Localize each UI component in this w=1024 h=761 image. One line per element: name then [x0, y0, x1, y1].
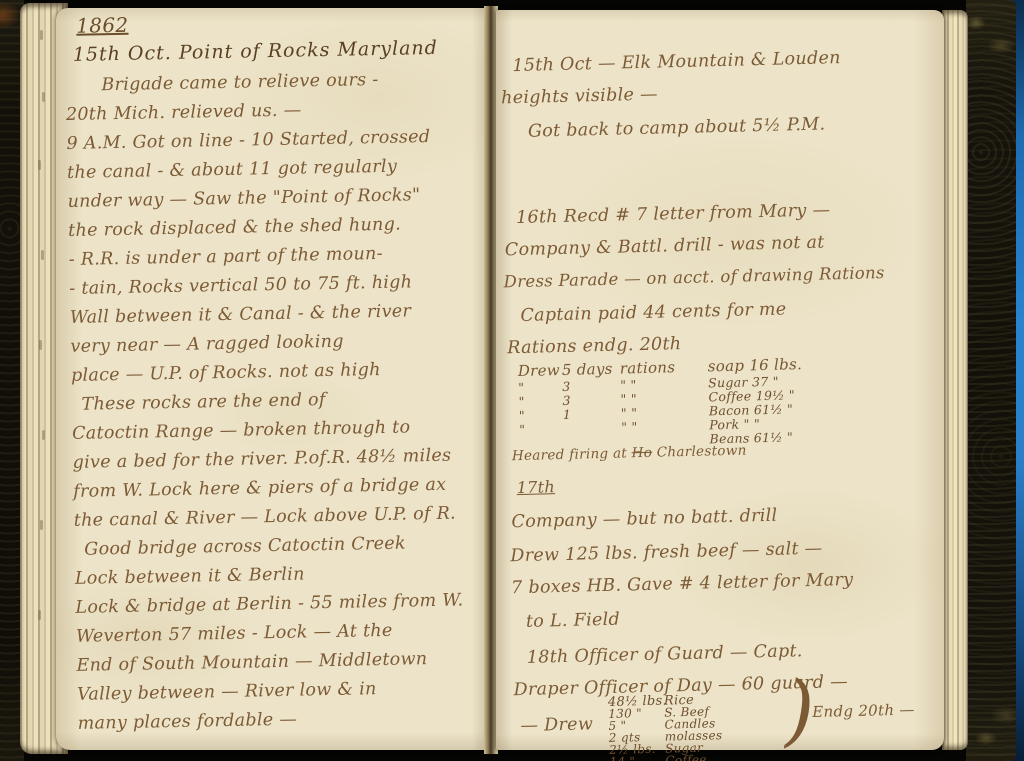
bleed-mark — [40, 30, 43, 40]
ration-cell: Drew — [518, 361, 562, 380]
diary-line: Captain paid 44 cents for me — [520, 299, 786, 325]
diary-line: to L. Field — [526, 610, 621, 632]
bleed-mark — [42, 430, 45, 440]
bleed-mark — [41, 250, 44, 260]
diary-line: 15th Oct — Elk Mountain & Louden — [512, 48, 841, 76]
ration-cell: 5 days — [562, 360, 620, 379]
bleed-mark — [38, 610, 41, 620]
ration-cell: 1 — [563, 406, 621, 421]
ration-cell: 14 " — [609, 754, 665, 761]
firing-text-struck: Ho — [631, 445, 652, 461]
rations-table-oct16: Drew 5 days rations soap 16 lbs. " 3 " "… — [518, 354, 850, 450]
diary-page-left: 1862 15th Oct. Point of Rocks Maryland B… — [56, 8, 486, 750]
diary-line: Dress Parade — on acct. of drawing Ratio… — [503, 263, 884, 291]
book-cover-right — [966, 0, 1016, 761]
ration-cell: " — [518, 393, 562, 408]
ration-cell: rations — [620, 357, 708, 377]
diary-line: Company — but no batt. drill — [511, 506, 777, 532]
left-page-content: 1862 15th Oct. Point of Rocks Maryland B… — [64, 4, 492, 739]
ration-cell: " — [519, 407, 563, 422]
diary-page-right: 15th Oct — Elk Mountain & Louden heights… — [496, 10, 944, 750]
bleed-mark — [39, 340, 42, 350]
diary-line: heights visible — — [501, 85, 658, 109]
right-page-content: 15th Oct — Elk Mountain & Louden heights… — [495, 0, 961, 750]
bleed-mark — [42, 92, 45, 102]
drew-label: — Drew — [520, 714, 593, 736]
ration-cell: " — [518, 379, 562, 394]
year-label: 1862 — [76, 6, 478, 38]
firing-text-pre: Heared firing at — [512, 445, 632, 464]
diary-line: Company & Battl. drill - was not at — [505, 233, 825, 261]
diary-scan: 1862 15th Oct. Point of Rocks Maryland B… — [0, 0, 1024, 761]
entry-heading-oct15: 15th Oct. Point of Rocks Maryland — [73, 36, 479, 66]
left-page-lines: Brigade came to relieve ours - 20th Mich… — [65, 64, 492, 739]
diary-line: Got back to camp about 5½ P.M. — [528, 114, 826, 141]
diary-line: 7 boxes HB. Gave # 4 letter for Mary — [511, 570, 854, 598]
ration-cell: 3 — [562, 392, 620, 407]
diary-line: 16th Recd # 7 letter from Mary — — [516, 200, 831, 228]
ration-cell: " — [519, 421, 563, 436]
firing-text-post: Charlestown — [652, 442, 747, 460]
bleed-mark — [38, 160, 41, 170]
entry-heading-oct18: 18th Officer of Guard — Capt. — [527, 641, 803, 668]
ration-cell — [563, 420, 621, 435]
entry-heading-oct17: 17th — [516, 477, 555, 497]
diary-line: Rations endg. 20th — [507, 334, 682, 358]
bleed-mark — [40, 520, 43, 530]
diary-line: Drew 125 lbs. fresh beef — salt — — [510, 539, 823, 567]
ration-cell: 3 — [562, 378, 620, 393]
brace-paren: ) — [783, 671, 816, 750]
rations-table-oct18: 48½ lbs. Rice 130 " S. Beef 5 " Candles … — [608, 690, 800, 761]
endg-label: Endg 20th — — [812, 700, 915, 720]
